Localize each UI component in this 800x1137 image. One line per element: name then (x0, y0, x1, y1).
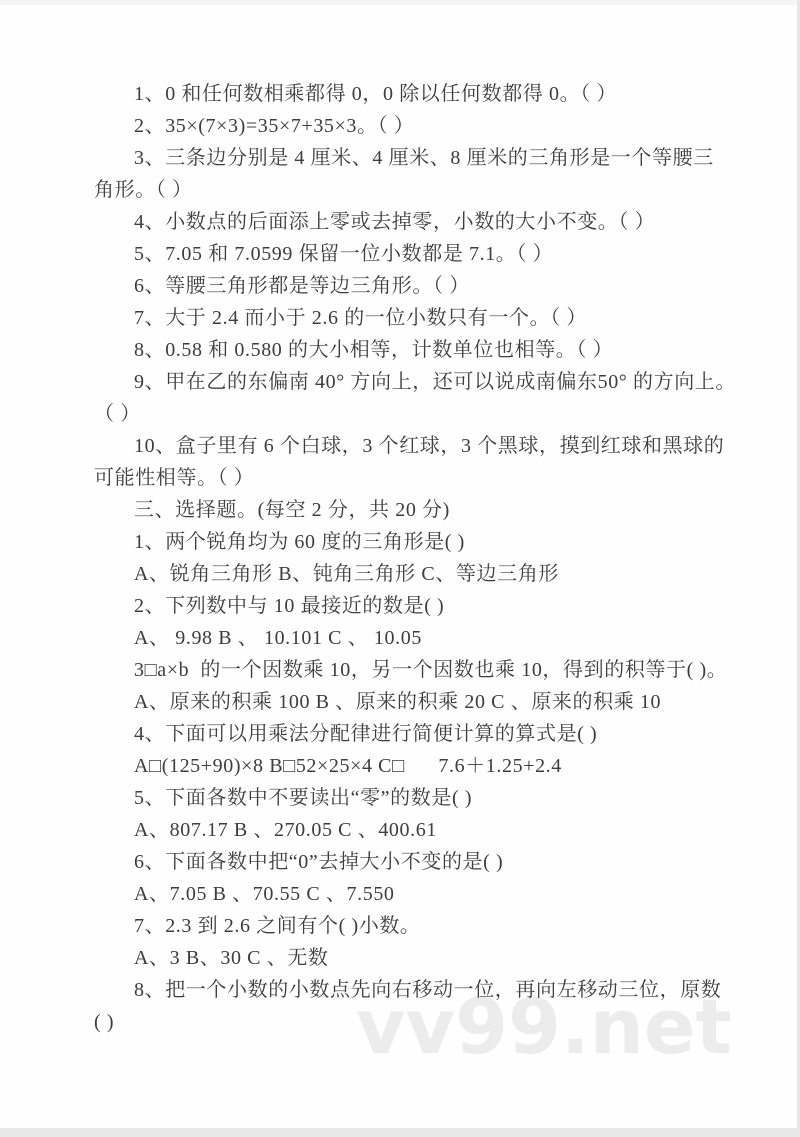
page-edge-bottom (0, 1128, 800, 1137)
choice-q6: 6、下面各数中把“0”去掉大小不变的是( ) (134, 846, 750, 878)
judge-item-8: 8、0.58 和 0.580 的大小相等，计数单位也相等。（ ） (134, 334, 750, 366)
judge-item-3: 3、三条边分别是 4 厘米、4 厘米、8 厘米的三角形是一个等腰三 (134, 142, 750, 174)
choice-q7-options: A、3 B、30 C 、无数 (134, 942, 750, 974)
exam-page: vv99.net 1、0 和任何数相乘都得 0，0 除以任何数都得 0。（ ） … (0, 0, 800, 1137)
judge-item-3-cont: 角形。（ ） (94, 174, 750, 206)
choice-q1: 1、两个锐角均为 60 度的三角形是( ) (134, 526, 750, 558)
judge-item-5: 5、7.05 和 7.0599 保留一位小数都是 7.1。（ ） (134, 238, 750, 270)
choice-q2: 2、下列数中与 10 最接近的数是( ) (134, 590, 750, 622)
choice-q3: 3□a×b 的一个因数乘 10，另一个因数也乘 10，得到的积等于( )。 (134, 654, 750, 686)
choice-q1-options: A、锐角三角形 B、钝角三角形 C、等边三角形 (134, 558, 750, 590)
judge-item-7: 7、大于 2.4 而小于 2.6 的一位小数只有一个。（ ） (134, 302, 750, 334)
choice-q6-options: A、7.05 B 、70.55 C 、7.550 (134, 878, 750, 910)
exam-text-block: 1、0 和任何数相乘都得 0，0 除以任何数都得 0。（ ） 2、35×(7×3… (94, 78, 750, 1038)
judge-item-10: 10、盒子里有 6 个白球，3 个红球，3 个黑球，摸到红球和黑球的 (134, 430, 750, 462)
judge-item-9: 9、甲在乙的东偏南 40° 方向上，还可以说成南偏东50° 的方向上。 (134, 366, 750, 398)
judge-item-10-cont: 可能性相等。（ ） (94, 462, 750, 494)
choice-q4: 4、下面可以用乘法分配律进行简便计算的算式是( ) (134, 718, 750, 750)
choice-q5-options: A、807.17 B 、270.05 C 、400.61 (134, 814, 750, 846)
choice-q3-options: A、原来的积乘 100 B 、原来的积乘 20 C 、原来的积乘 10 (134, 686, 750, 718)
judge-item-2: 2、35×(7×3)=35×7+35×3。（ ） (134, 110, 750, 142)
choice-q5: 5、下面各数中不要读出“零”的数是( ) (134, 782, 750, 814)
choice-q7: 7、2.3 到 2.6 之间有个( )小数。 (134, 910, 750, 942)
judge-item-6: 6、等腰三角形都是等边三角形。（ ） (134, 270, 750, 302)
section-3-header: 三、选择题。(每空 2 分，共 20 分) (134, 494, 750, 526)
choice-q4-options: A□(125+90)×8 B□52×25×4 C□ 7.6＋1.25+2.4 (134, 750, 750, 782)
judge-item-4: 4、小数点的后面添上零或去掉零，小数的大小不变。（ ） (134, 206, 750, 238)
page-edge-top (0, 0, 800, 5)
choice-q8: 8、把一个小数的小数点先向右移动一位，再向左移动三位，原数 (134, 974, 750, 1006)
judge-item-9-cont: （ ） (94, 398, 750, 430)
choice-q8-cont: ( ) (94, 1006, 750, 1038)
judge-item-1: 1、0 和任何数相乘都得 0，0 除以任何数都得 0。（ ） (134, 78, 750, 110)
choice-q2-options: A、 9.98 B 、 10.101 C 、 10.05 (134, 622, 750, 654)
